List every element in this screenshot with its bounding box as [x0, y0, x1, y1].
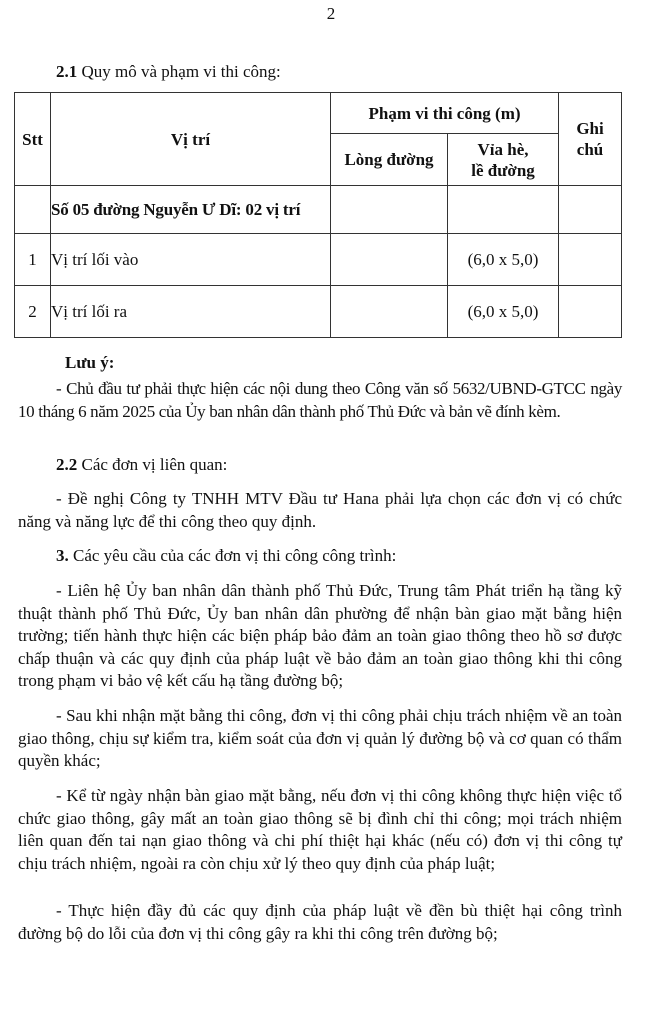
note-title: Lưu ý:: [65, 353, 114, 373]
row-location: Vị trí lối ra: [51, 286, 331, 338]
header-note-line2: chú: [577, 140, 603, 159]
header-sidewalk-line1: Vỉa hè,: [478, 140, 529, 159]
group-label: Số 05 đường Nguyễn Ư Dĩ: 02 vị trí: [51, 186, 331, 234]
header-stt: Stt: [15, 93, 51, 186]
section-2-1-heading: 2.1 Quy mô và phạm vi thi công:: [56, 62, 281, 82]
row-roadway: [331, 286, 448, 338]
section-3-title: Các yêu cầu của các đơn vị thi công công…: [69, 546, 397, 565]
header-sidewalk-line2: lề đường: [471, 161, 535, 180]
header-scope-group: Phạm vi thi công (m): [331, 93, 559, 134]
header-note-line1: Ghi: [576, 119, 603, 138]
requirement-item: - Kể từ ngày nhận bàn giao mặt bằng, nếu…: [18, 785, 622, 875]
group-roadway-cell: [331, 186, 448, 234]
table-row: 1 Vị trí lối vào (6,0 x 5,0): [15, 234, 622, 286]
table-row: 2 Vị trí lối ra (6,0 x 5,0): [15, 286, 622, 338]
group-stt-cell: [15, 186, 51, 234]
header-roadway: Lòng đường: [331, 134, 448, 186]
table-header-row: Stt Vị trí Phạm vi thi công (m) Ghi chú: [15, 93, 622, 134]
row-note: [559, 286, 622, 338]
header-note: Ghi chú: [559, 93, 622, 186]
section-3-number: 3.: [56, 546, 69, 565]
row-sidewalk: (6,0 x 5,0): [448, 234, 559, 286]
note-text: - Chủ đầu tư phải thực hiện các nội dung…: [18, 378, 622, 423]
section-2-2-number: 2.2: [56, 455, 77, 474]
section-3-heading: 3. Các yêu cầu của các đơn vị thi công c…: [56, 546, 396, 566]
section-2-1-number: 2.1: [56, 62, 77, 81]
row-roadway: [331, 234, 448, 286]
row-stt: 2: [15, 286, 51, 338]
row-stt: 1: [15, 234, 51, 286]
group-note-cell: [559, 186, 622, 234]
section-2-1-title: Quy mô và phạm vi thi công:: [77, 62, 281, 81]
section-2-2-text: - Đề nghị Công ty TNHH MTV Đầu tư Hana p…: [18, 488, 622, 533]
construction-scope-table: Stt Vị trí Phạm vi thi công (m) Ghi chú …: [14, 92, 622, 338]
section-2-2-title: Các đơn vị liên quan:: [77, 455, 227, 474]
group-sidewalk-cell: [448, 186, 559, 234]
row-note: [559, 234, 622, 286]
header-location: Vị trí: [51, 93, 331, 186]
section-2-2-heading: 2.2 Các đơn vị liên quan:: [56, 455, 227, 475]
row-location: Vị trí lối vào: [51, 234, 331, 286]
table-group-row: Số 05 đường Nguyễn Ư Dĩ: 02 vị trí: [15, 186, 622, 234]
row-sidewalk: (6,0 x 5,0): [448, 286, 559, 338]
page-number: 2: [0, 4, 662, 24]
requirement-item: - Thực hiện đầy đủ các quy định của pháp…: [18, 900, 622, 945]
requirement-item: - Liên hệ Ủy ban nhân dân thành phố Thủ …: [18, 580, 622, 693]
requirement-item: - Sau khi nhận mặt bằng thi công, đơn vị…: [18, 705, 622, 773]
header-sidewalk: Vỉa hè, lề đường: [448, 134, 559, 186]
